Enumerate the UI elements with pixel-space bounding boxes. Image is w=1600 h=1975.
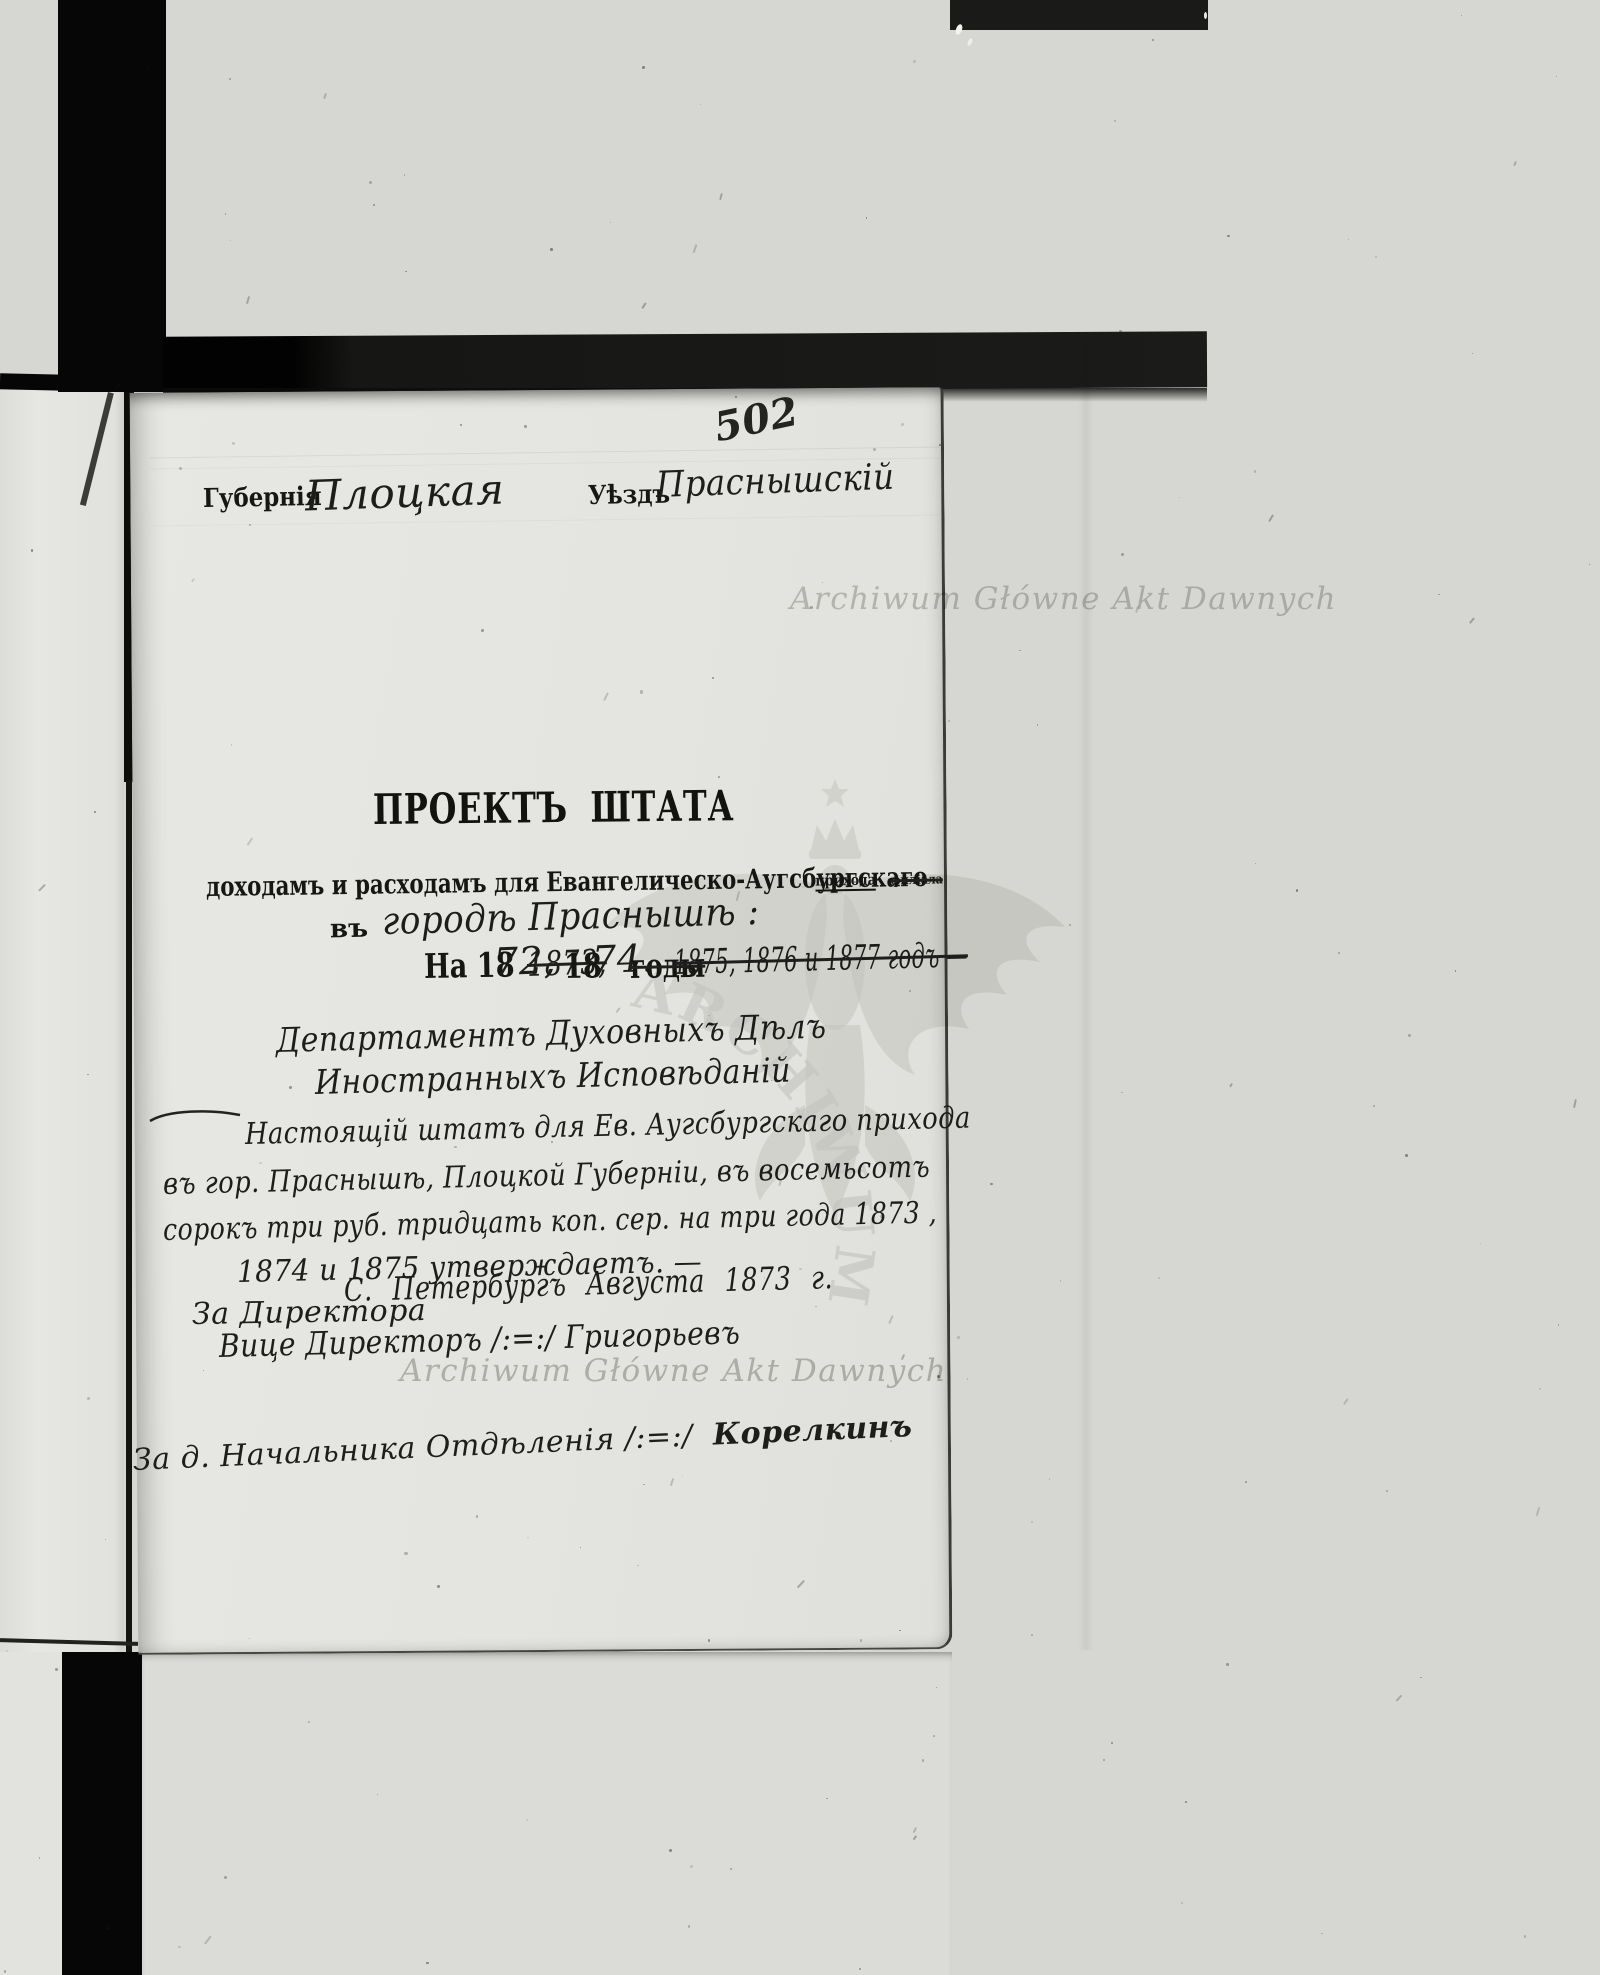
dust-speck — [967, 1378, 968, 1379]
binding-gutter-lower — [126, 780, 132, 1652]
dust-speck — [957, 1336, 959, 1338]
dust-speck — [1103, 1759, 1105, 1761]
dust-speck — [1386, 1490, 1388, 1492]
dust-speck — [1461, 15, 1462, 16]
dust-speck — [369, 181, 372, 184]
dust-speck — [1408, 1034, 1411, 1037]
dust-speck — [550, 248, 553, 251]
under-sheet — [142, 1652, 952, 1975]
dust-speck — [719, 193, 722, 200]
dust-speck — [323, 93, 327, 100]
dust-speck — [1181, 1902, 1182, 1903]
film-scratch — [1204, 12, 1207, 19]
dust-speck — [1558, 1324, 1559, 1325]
dust-speck — [1536, 1507, 1540, 1516]
dust-speck — [1114, 120, 1115, 121]
dust-speck — [1589, 564, 1590, 565]
dust-speck — [1245, 1481, 1247, 1483]
scanned-archival-document: 502 Губернія Плоцкая Уѣздъ Праснышскій П… — [0, 0, 1600, 1975]
film-band-top — [163, 331, 1207, 392]
dust-speck — [230, 240, 231, 241]
watermark-text-top: Archiwum Główne Akt Dawnych — [790, 584, 1337, 615]
dust-speck — [1338, 952, 1340, 954]
dust-speck — [1480, 1243, 1481, 1244]
dust-speck — [246, 295, 250, 303]
film-strip-top-right — [950, 0, 1208, 30]
dust-speck — [1321, 1933, 1322, 1934]
dust-speck — [1405, 1154, 1408, 1157]
dust-speck — [700, 104, 702, 106]
dust-speck — [1574, 1099, 1577, 1108]
film-band-left-ext — [0, 373, 66, 390]
dust-speck — [1049, 1478, 1051, 1480]
dust-speck — [641, 303, 646, 310]
dust-speck — [1539, 1388, 1541, 1390]
dust-speck — [1296, 889, 1299, 892]
dust-speck — [1472, 353, 1473, 354]
dust-speck — [642, 66, 645, 69]
dust-speck — [1185, 1801, 1187, 1803]
dust-speck — [1524, 1935, 1527, 1938]
dust-speck — [229, 78, 231, 80]
dust-speck — [1344, 1398, 1349, 1404]
page-edge-strip-bottom — [0, 1652, 62, 1975]
film-scratch — [966, 38, 973, 47]
film-bar-top-left — [58, 0, 166, 392]
dust-speck — [1111, 1742, 1114, 1745]
dust-speck — [1152, 39, 1154, 41]
page-edge-strip — [0, 390, 124, 1652]
dust-speck — [1556, 76, 1558, 78]
dust-speck — [404, 174, 405, 175]
dust-speck — [1031, 1521, 1034, 1524]
dust-speck — [1254, 470, 1256, 472]
dust-speck — [405, 271, 406, 272]
dust-speck — [1019, 650, 1021, 652]
dust-speck — [373, 204, 375, 206]
dust-speck — [693, 244, 697, 253]
dust-speck — [1373, 1105, 1375, 1107]
pen-flourish — [148, 1106, 244, 1126]
dust-speck — [1229, 1083, 1233, 1088]
dust-speck — [1227, 235, 1230, 238]
dust-speck — [1395, 1694, 1402, 1701]
dust-speck — [1267, 514, 1273, 522]
watermark-stamp: ARCHIWUM GŁÓWNE • AKT DAWNYCH — [505, 675, 1165, 1335]
film-bar-bottom-left — [62, 1652, 142, 1975]
dust-speck — [1420, 1677, 1422, 1679]
dust-speck — [913, 60, 915, 62]
dust-speck — [1375, 256, 1377, 258]
uyezd-value: Праснышскій — [655, 460, 895, 504]
dust-speck — [1179, 497, 1180, 498]
dust-speck — [1455, 970, 1456, 971]
dust-speck — [1438, 594, 1440, 596]
watermark-text-mid: Archiwum Główne Akt Dawnych — [400, 1356, 947, 1387]
dust-speck — [1226, 1663, 1229, 1666]
city-line-printed: въ — [330, 916, 368, 943]
gubernia-value: Плоцкая — [304, 469, 505, 518]
dust-speck — [866, 217, 868, 219]
dust-speck — [1031, 1634, 1034, 1637]
dust-speck — [225, 213, 227, 215]
dust-speck — [610, 222, 611, 223]
dust-speck — [1469, 617, 1475, 623]
dust-speck — [1348, 239, 1349, 240]
dust-speck — [1121, 553, 1124, 556]
dust-speck — [1255, 863, 1256, 864]
dust-speck — [1513, 161, 1516, 167]
